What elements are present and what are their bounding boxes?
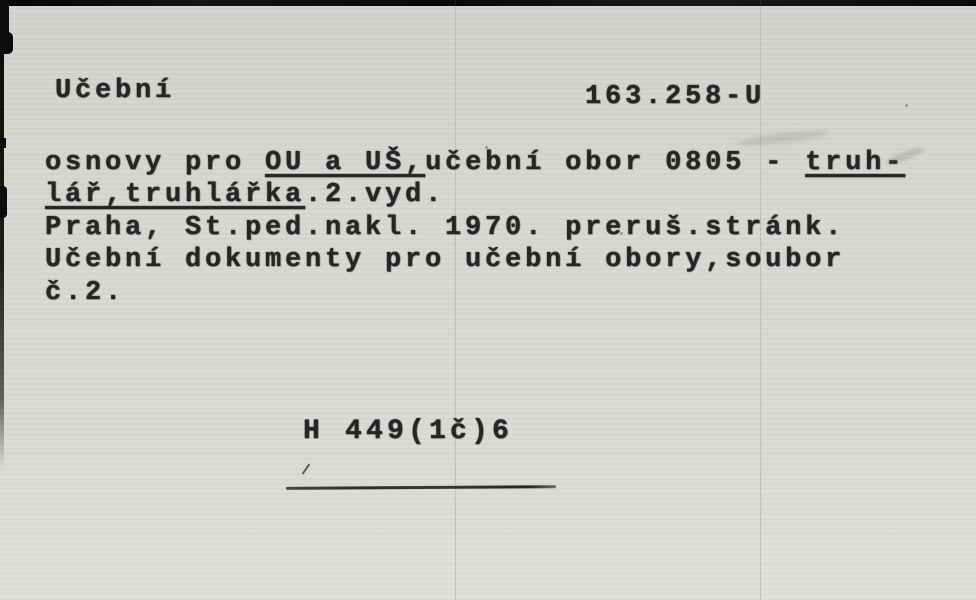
scan-left-edge bbox=[0, 0, 4, 468]
body-line3: Praha, St.ped.nakl. 1970. preruš.stránk. bbox=[45, 213, 845, 243]
heading-word: Učební bbox=[55, 76, 175, 106]
body-line5: č.2. bbox=[45, 278, 125, 308]
body-line2-rest: .2.vyd. bbox=[305, 180, 445, 210]
body-line1-underlined: OU a UŠ, bbox=[265, 148, 425, 178]
body-line1-underlined2: truh- bbox=[805, 148, 905, 178]
body-text: osnovy pro OU a UŠ,učební obor 0805 - tr… bbox=[45, 147, 905, 309]
scan-top-edge bbox=[0, 0, 976, 6]
scan-edge-blot bbox=[0, 32, 13, 54]
body-line1: osnovy pro OU a UŠ,učební obor 0805 - tr… bbox=[45, 148, 905, 178]
paper-speck bbox=[485, 146, 488, 149]
body-line1-pre: osnovy pro bbox=[45, 148, 265, 178]
scan-edge-blot bbox=[0, 138, 6, 148]
paper-speck bbox=[620, 232, 623, 235]
call-number: H 449(1č)6 bbox=[303, 416, 513, 447]
body-line4: Učební dokumenty pro učební obory,soubor bbox=[45, 245, 845, 275]
catalog-number: 163.258-U bbox=[585, 82, 765, 112]
stray-pen-tick bbox=[302, 464, 311, 475]
body-line2-underlined: lář,truhlářka bbox=[45, 180, 305, 210]
catalog-card: Učební 163.258-U osnovy pro OU a UŠ,učeb… bbox=[0, 0, 976, 600]
paper-speck bbox=[905, 104, 908, 107]
scan-smudge bbox=[735, 127, 831, 149]
separator-line bbox=[286, 485, 556, 490]
body-line1-mid: učební obor 0805 - bbox=[425, 148, 805, 178]
body-line2: lář,truhlářka.2.vyd. bbox=[45, 180, 445, 210]
scan-edge-blot bbox=[0, 186, 7, 218]
